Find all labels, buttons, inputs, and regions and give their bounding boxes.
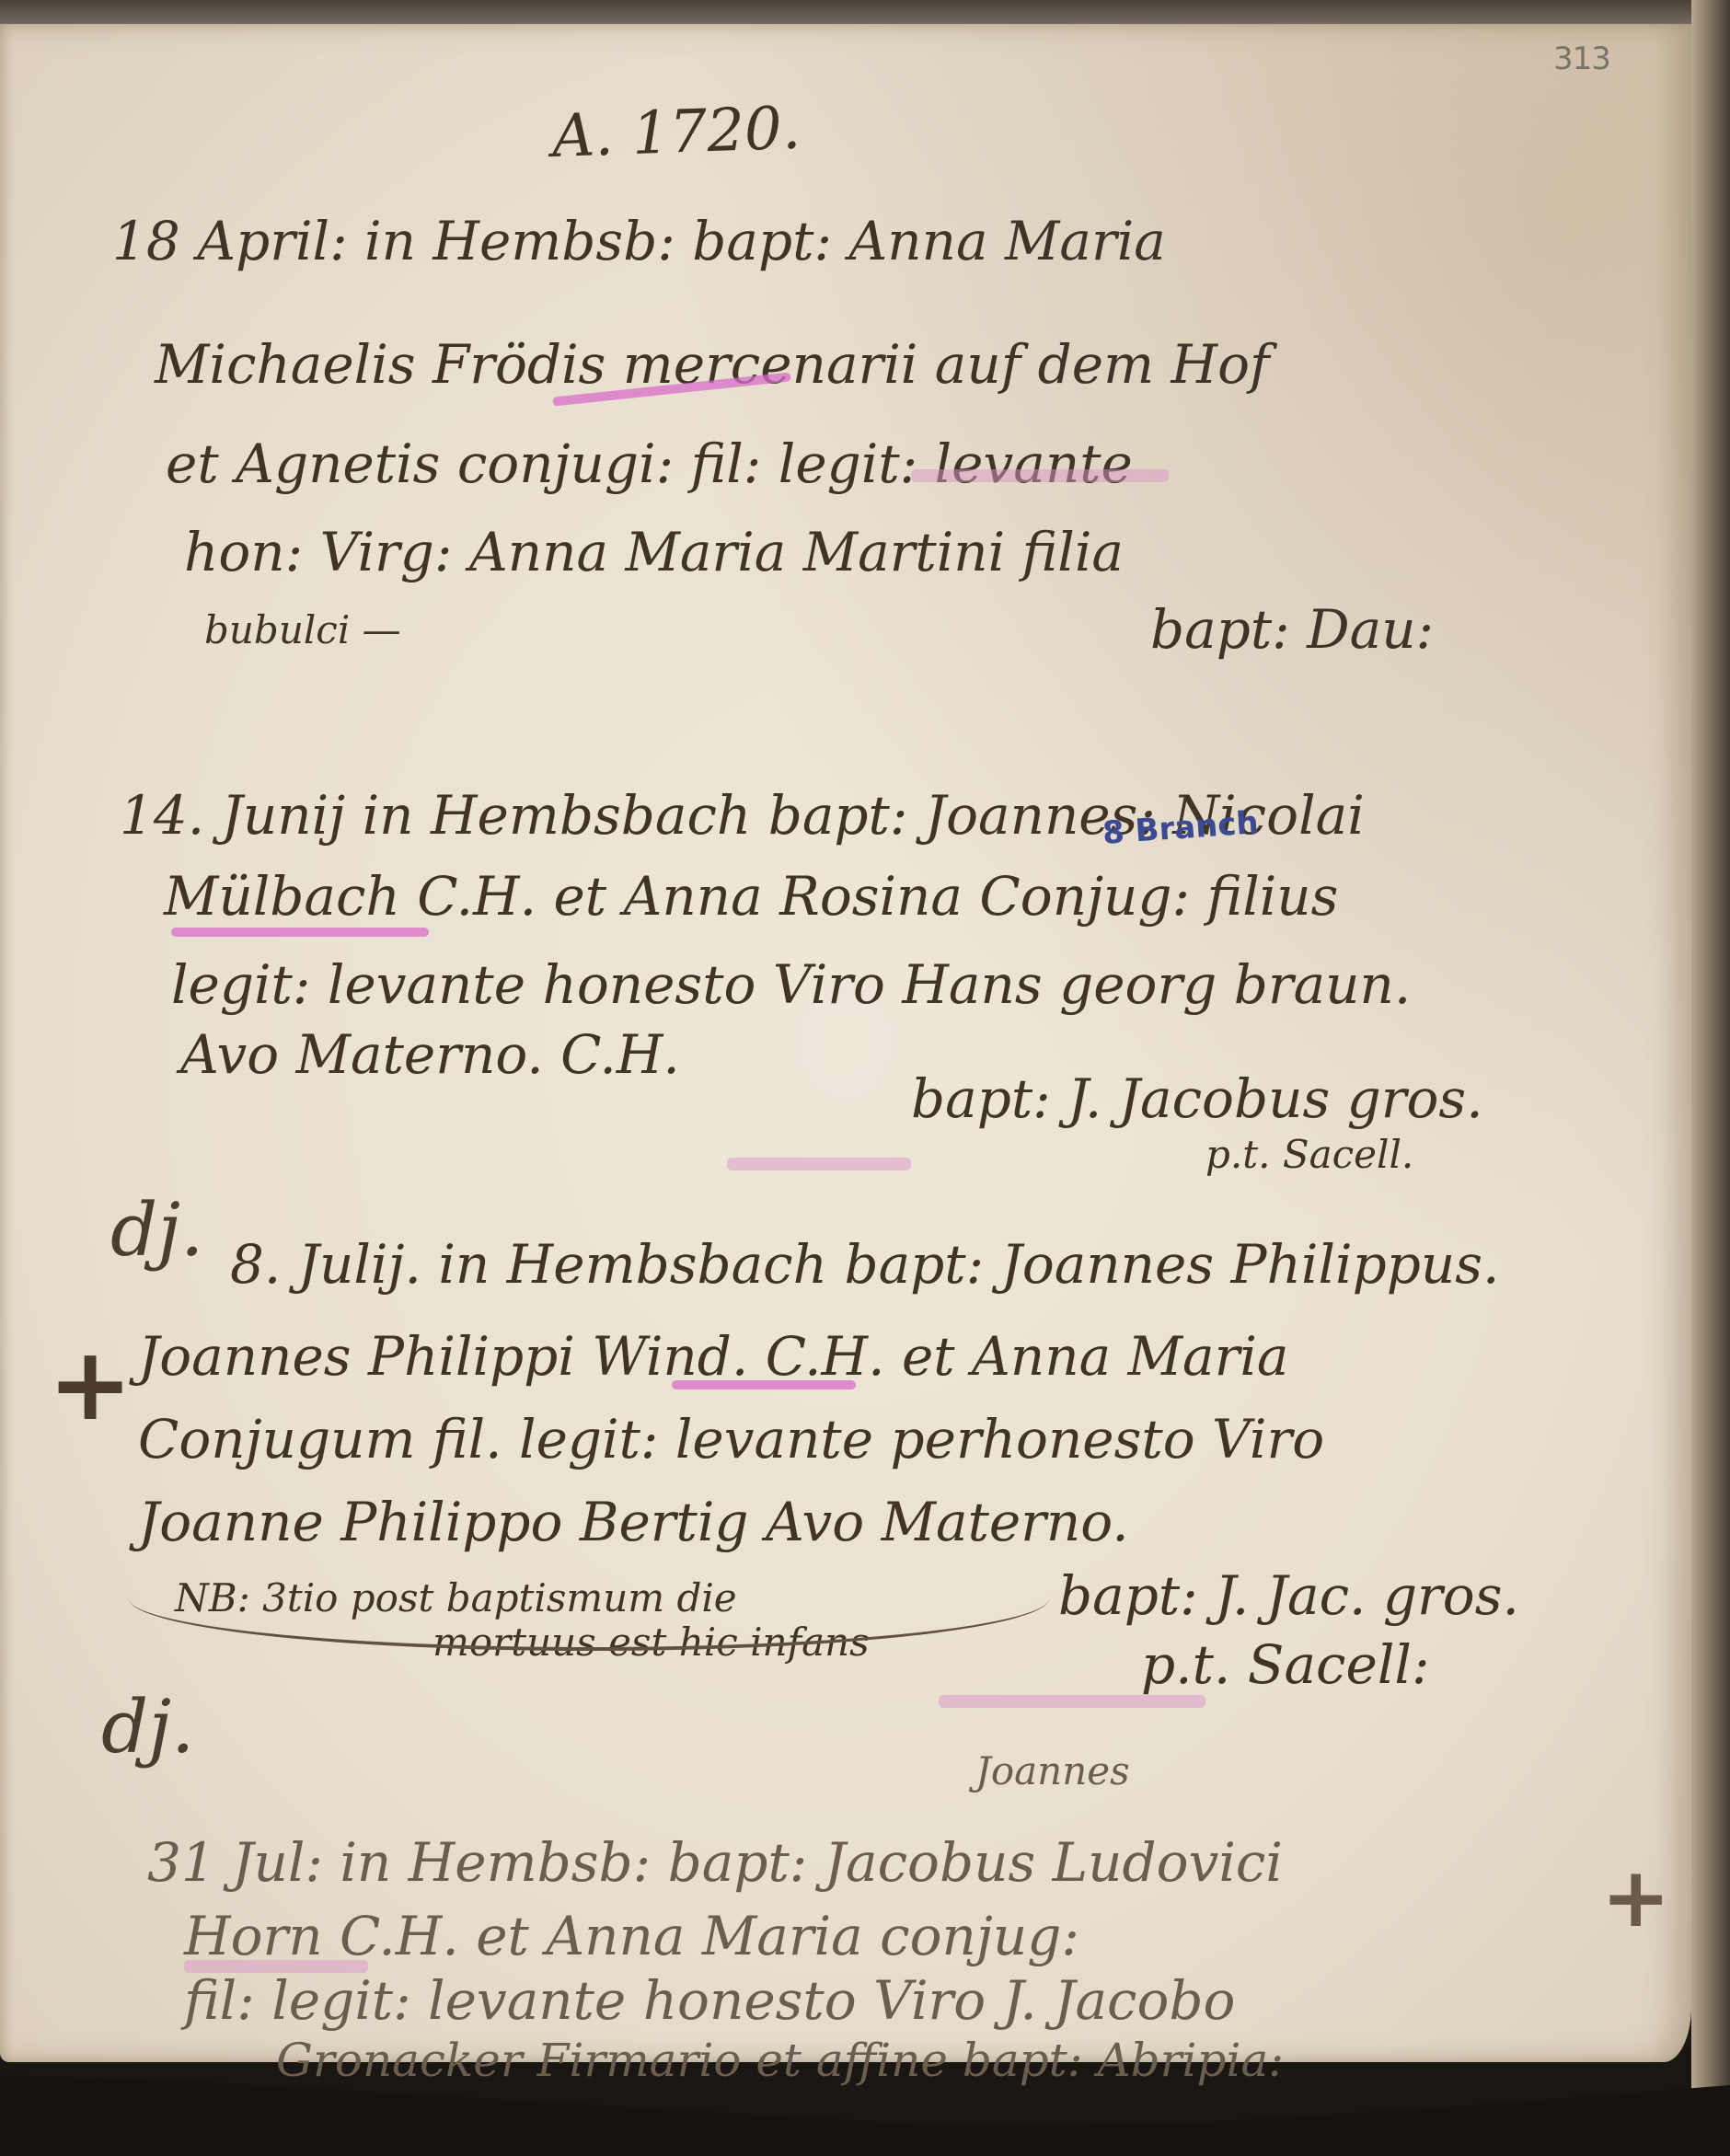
entry-4-line-4: Gronacker Firmario et affine bapt: Abrip… [276, 2034, 1284, 2087]
entry-3-signature-2: p.t. Sacell: [1141, 1633, 1430, 1696]
cross-mark-icon: + [1601, 1850, 1670, 1946]
note-underline-arc [129, 1546, 1049, 1651]
year-heading: A. 1720. [551, 95, 802, 171]
entry-3-line-2: Joannes Philippi Wind. C.H. et Anna Mari… [138, 1325, 1288, 1388]
page-number: 313 [1553, 40, 1610, 77]
entry-1-line-4: hon: Virg: Anna Maria Martini filia [184, 521, 1124, 583]
entry-3-line-1: 8. Julij. in Hembsbach bapt: Joannes Phi… [230, 1233, 1499, 1296]
entry-3-line-4: Joanne Philippo Bertig Avo Materno. [138, 1491, 1129, 1553]
entry-1-line-1: 18 April: in Hembsb: bapt: Anna Maria [112, 210, 1166, 272]
margin-initials: dj. [110, 1187, 203, 1273]
entry-3-signature-1: bapt: J. Jac. gros. [1058, 1564, 1519, 1627]
cross-mark-icon: + [48, 1325, 133, 1443]
entry-1-line-3: et Agnetis conjugi: fil: legit: levante [166, 432, 1133, 495]
entry-2-signature-2: p.t. Sacell. [1205, 1132, 1413, 1177]
margin-initials: dj. [101, 1684, 194, 1770]
entry-2-signature-1: bapt: J. Jacobus gros. [911, 1067, 1483, 1130]
highlight-mark [672, 1380, 856, 1389]
entry-4-line-3: fil: legit: levante honesto Viro J. Jaco… [184, 1969, 1235, 2032]
highlight-mark [939, 1695, 1205, 1708]
entry-2-line-2: Mülbach C.H. et Anna Rosina Conjug: fili… [164, 865, 1338, 928]
highlight-mark [727, 1158, 911, 1170]
entry-4-line-1: 31 Jul: in Hembsb: bapt: Jacobus Ludovic… [147, 1831, 1283, 1894]
highlight-mark [911, 469, 1169, 482]
highlight-mark [171, 928, 429, 937]
entry-4-line-2: Horn C.H. et Anna Maria conjug: [184, 1905, 1079, 1967]
entry-2-line-3: legit: levante honesto Viro Hans georg b… [171, 953, 1411, 1016]
entry-4-interlinear: Joannes [975, 1748, 1130, 1793]
page-edge-right [1691, 0, 1730, 2156]
entry-2-line-4: Avo Materno. C.H. [180, 1023, 680, 1086]
entry-1-signature: bapt: Dau: [1150, 598, 1434, 661]
entry-1-line-5: bubulci — [204, 607, 401, 652]
entry-3-line-3: Conjugum fil. legit: levante perhonesto … [138, 1408, 1324, 1470]
